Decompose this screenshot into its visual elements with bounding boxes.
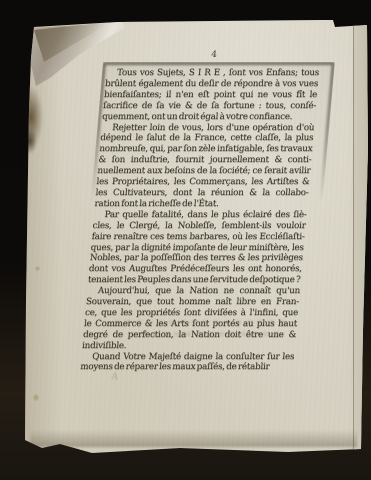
text-line: Quand Votre Majeſté daigne la conſulter … [81,352,295,363]
ink-bleed-through [114,320,286,324]
text-line: ce, que les propriétés ſont diviſées à l… [84,308,298,319]
text-line: ques, par la dignité impoſante de leur m… [90,243,304,254]
adjacent-page-edge [353,20,369,452]
page-number: 4 [107,50,321,60]
paragraph: Tous vos Sujets, S I R E , ſont vos Enfa… [102,68,320,123]
text-line: & ſon induſtrie, fournit journellement &… [98,155,312,166]
paragraph: Aujourd'hui, que la Nation ne connaît qu… [82,286,301,351]
text-line: Rejetter loin de vous, lors d'une opérat… [101,123,315,134]
foxing-speck [33,394,39,401]
text-line: Par quelle fatalité, dans le plus éclair… [93,210,307,221]
text-line: nuellement aux beſoins de la ſociété; ce… [97,166,311,177]
printed-border-frame [77,62,335,364]
text-line: bienfaiſantes; il n'en eſt point qui ne … [104,90,318,101]
text-line: moyens de réparer les maux paſſés, de ré… [80,362,294,373]
paragraph: Rejetter loin de vous, lors d'une opérat… [94,123,315,210]
torn-corner-stain [34,22,114,62]
ink-stain [19,86,43,148]
ink-bleed-through [141,332,281,336]
signature-mark: A [111,372,118,382]
text-line: brûlent également du deſir de répondre à… [105,79,319,90]
text-line: le Commerce & les Arts ſont portés au pl… [84,319,298,330]
paper-sheet: 4 Tous vos Sujets, S I R E , ſont vos En… [0,0,371,480]
text-line: indiviſible. [82,341,296,352]
text-line: Souverain, que tout homme naît libre en … [85,297,299,308]
text-line: Aujourd'hui, que la Nation ne connaît qu… [86,286,300,297]
foxing-speck [35,266,40,271]
text-line: ſacrifice de ſa vie & de ſa fortune : to… [103,101,317,112]
text-line: degré de perfection, la Nation doit être… [83,330,297,341]
bottom-edge-shadow [30,430,357,447]
text-line: dépend le ſalut de la France, cette claſ… [100,133,314,144]
text-line: cles, le Clergé, la Nobleſſe, ſemblent-i… [92,221,306,232]
text-line: ration font la richeſſe de l'État. [94,199,308,210]
paragraph: Quand Votre Majeſté daigne la conſulter … [80,352,295,374]
text-line: dont vos Auguſtes Prédéceſſeurs les ont … [88,264,302,275]
scan-background: 4 Tous vos Sujets, S I R E , ſont vos En… [0,0,371,480]
text-line: quemment, ont un droit égal à votre conf… [102,112,316,123]
text-body: Tous vos Sujets, S I R E , ſont vos Enfa… [80,68,320,373]
printed-text-area: 4 Tous vos Sujets, S I R E , ſont vos En… [78,50,321,390]
text-line: nombreuſe, qui, par ſon zèle infatigable… [99,144,313,155]
ink-stain-small [23,128,37,154]
text-line: Tous vos Sujets, S I R E , ſont vos Enfa… [105,68,319,79]
text-line: Nobles, par la poſſeſſion des terres & l… [89,253,303,264]
text-line: faire renaître ces tems barbares, où les… [91,232,305,243]
text-line: les Cultivateurs, dont la réunion & la c… [95,188,309,199]
text-line: les Propriétaires, les Commerçans, les A… [96,177,310,188]
paragraph: Par quelle fatalité, dans le plus éclair… [87,210,307,286]
text-line: tenaient les Peuples dans une ſervitude … [87,275,301,286]
torn-corner [28,18,130,88]
